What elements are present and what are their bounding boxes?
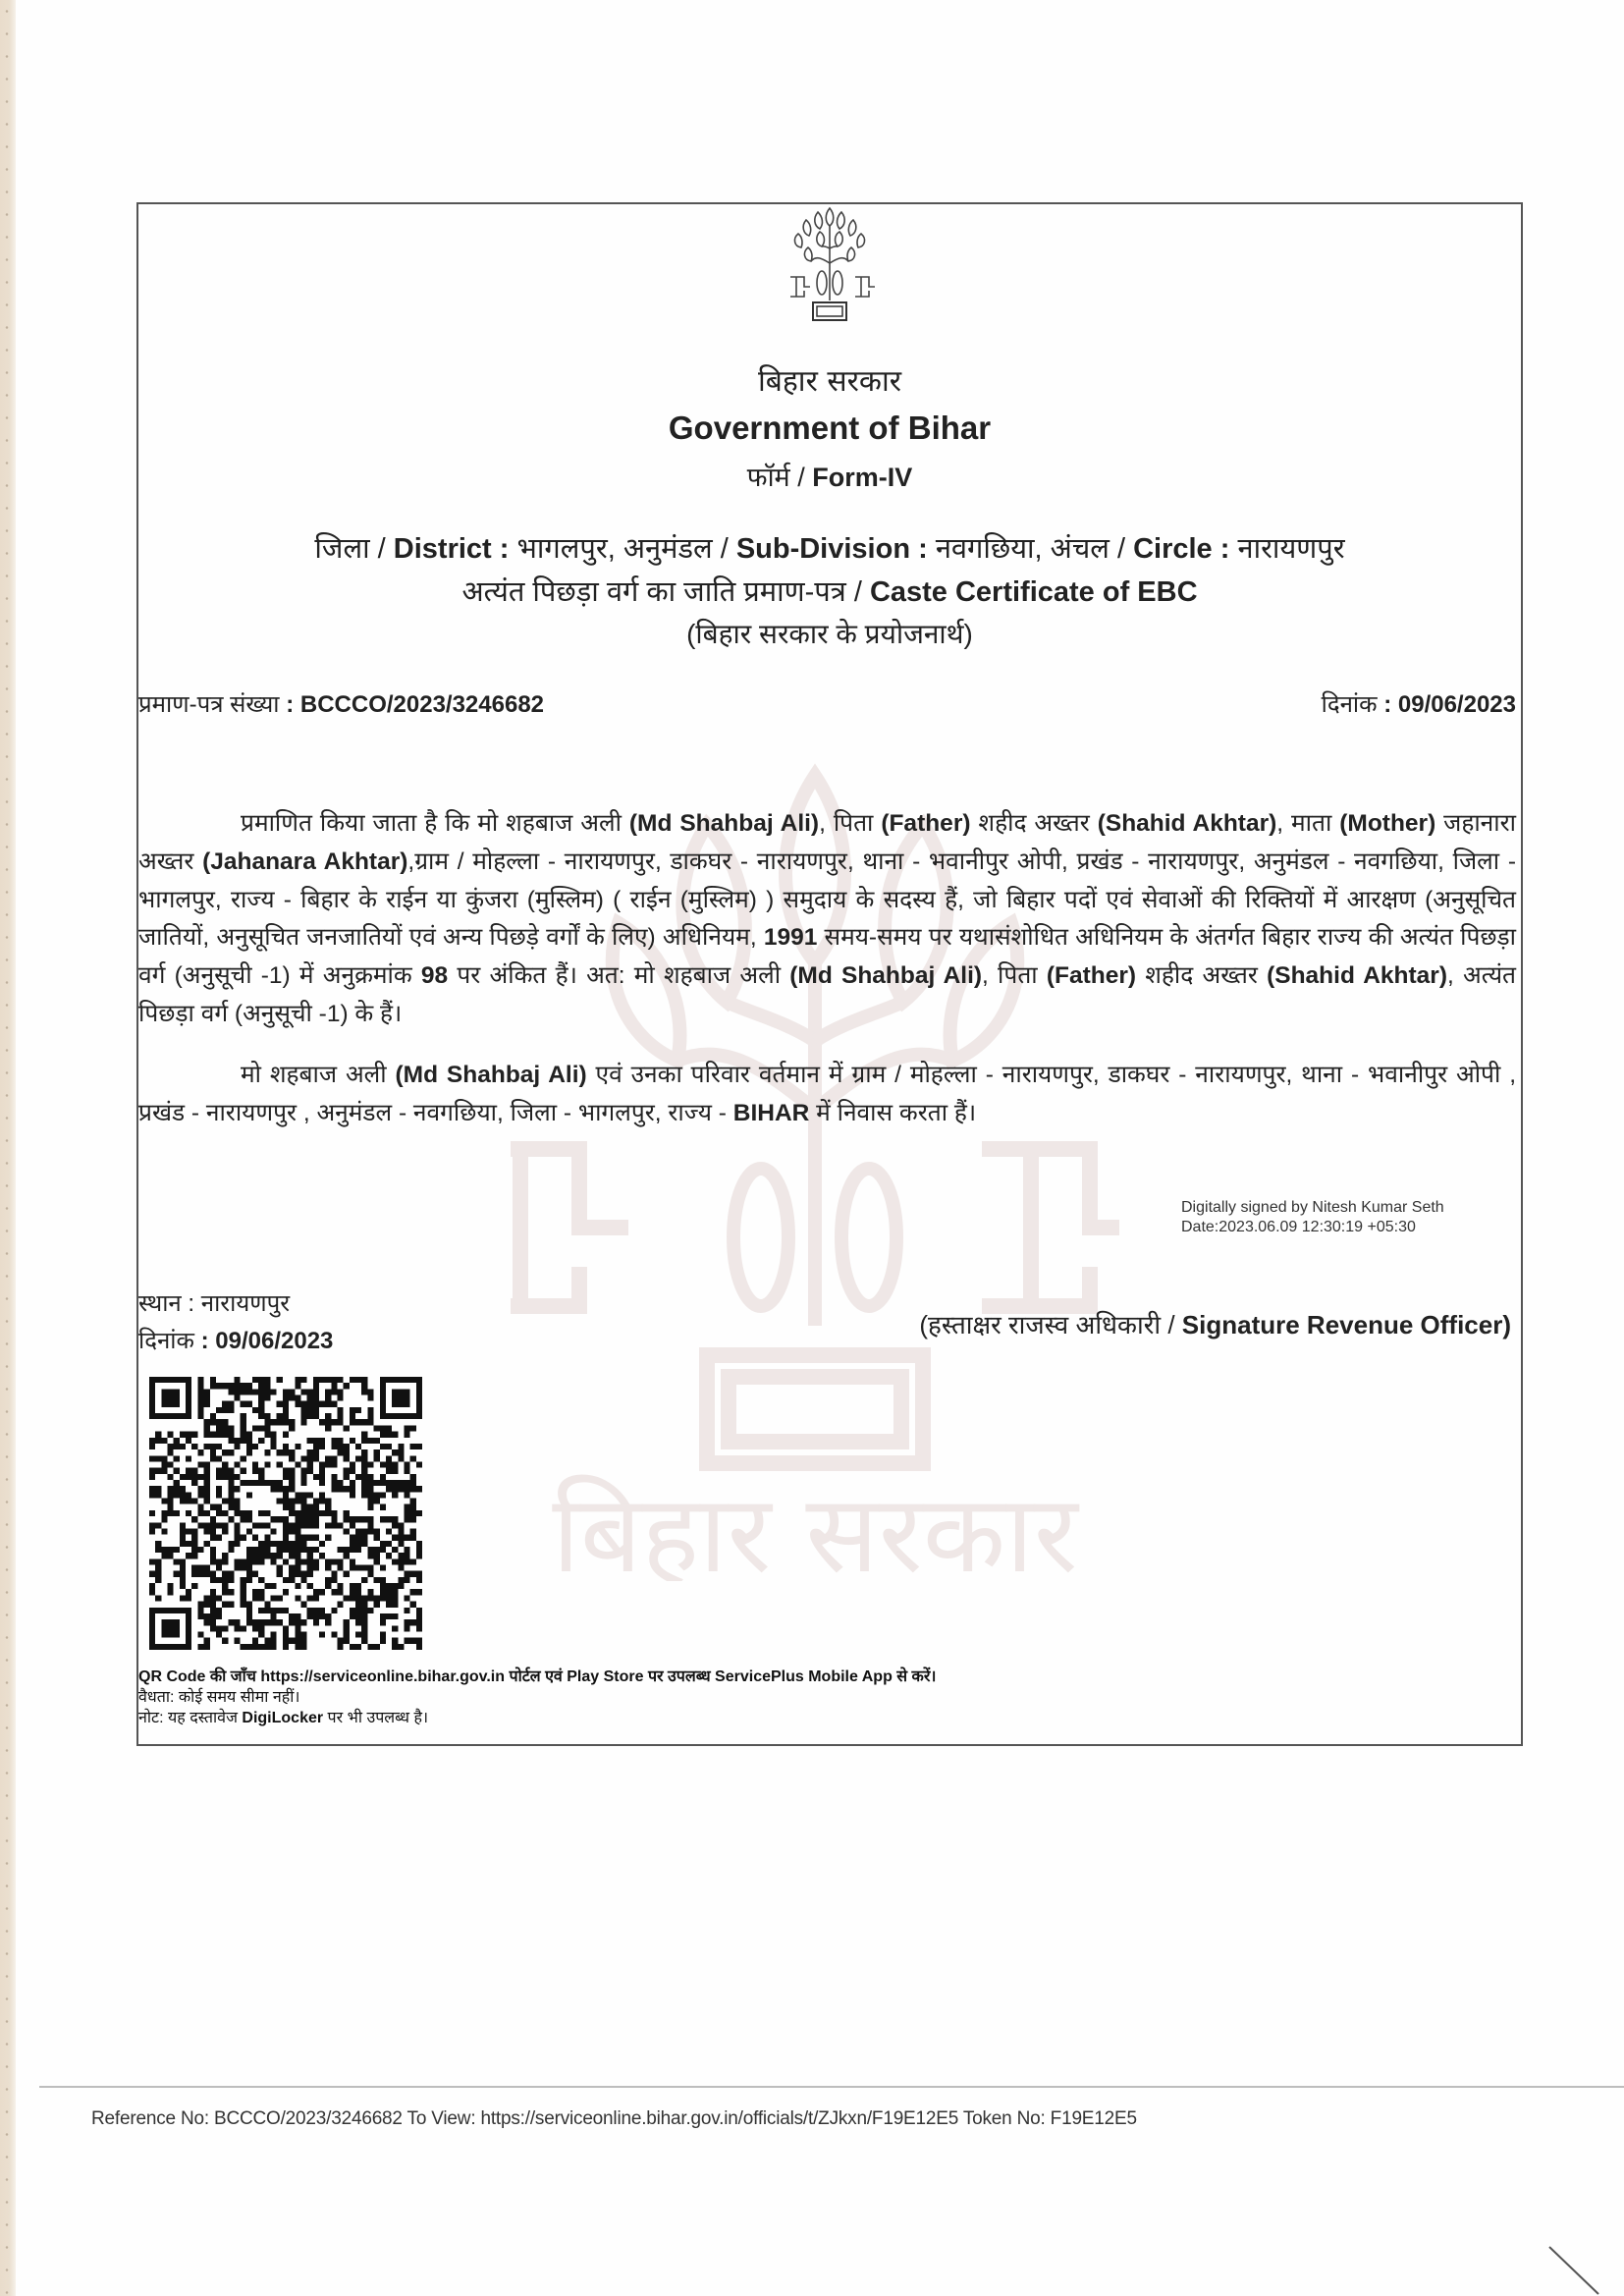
certification-paragraph: प्रमाणित किया जाता है कि मो शहबाज अली (M… — [138, 805, 1516, 1034]
circle-value: नारायणपुर — [1237, 533, 1344, 565]
certificate-title-english: Caste Certificate of EBC — [870, 576, 1198, 608]
certificate-date-value: 09/06/2023 — [1398, 691, 1516, 718]
place-value: नारायणपुर — [201, 1290, 290, 1317]
certificate-title-hindi: अत्यंत पिछड़ा वर्ग का जाति प्रमाण-पत्र — [461, 576, 845, 608]
place-line: स्थान : नारायणपुर — [138, 1286, 290, 1319]
certificate-date-label: दिनांक — [1322, 691, 1378, 718]
footer-reference: Reference No: BCCCO/2023/3246682 To View… — [91, 2108, 1137, 2130]
place-date-line: दिनांक : 09/06/2023 — [138, 1324, 333, 1356]
certificate-purpose: (बिहार सरकार के प्रयोजनार्थ) — [136, 615, 1523, 652]
applicant-name-english: (Md Shahbaj Ali) — [629, 810, 819, 837]
subdivision-label-hindi: अनुमंडल — [623, 533, 713, 565]
certificate-number: प्रमाण-पत्र संख्या : BCCCO/2023/3246682 — [138, 687, 544, 720]
certificate-title: अत्यंत पिछड़ा वर्ग का जाति प्रमाण-पत्र /… — [136, 572, 1523, 610]
digital-signature-block: Digitally signed by Nitesh Kumar Seth Da… — [1181, 1198, 1444, 1237]
form-label-english: Form-IV — [812, 463, 912, 492]
form-label-hindi: फॉर्म — [747, 463, 790, 492]
certificate-date: दिनांक : 09/06/2023 — [1322, 687, 1516, 720]
district-label-hindi: जिला — [314, 533, 369, 565]
circle-label: Circle — [1133, 533, 1213, 565]
form-number: फॉर्म / Form-IV — [136, 458, 1523, 494]
bihar-emblem-icon — [771, 204, 889, 327]
verification-notes: QR Code की जॉंच https://serviceonline.bi… — [138, 1667, 936, 1728]
certificate-number-label: प्रमाण-पत्र संख्या — [138, 691, 280, 718]
govt-title-english: Government of Bihar — [136, 410, 1523, 447]
circle-label-hindi: अंचल — [1051, 533, 1110, 565]
location-line: जिला / District : भागलपुर, अनुमंडल / Sub… — [136, 528, 1523, 567]
footer-divider — [39, 2086, 1624, 2088]
mother-name-english: (Jahanara Akhtar) — [202, 848, 407, 875]
digilocker-note: नोट: यह दस्तावेज DigiLocker पर भी उपलब्ध… — [138, 1708, 936, 1728]
digital-signature-date: Date:2023.06.09 12:30:19 +05:30 — [1181, 1218, 1444, 1237]
subdivision-label: Sub-Division — [736, 533, 910, 565]
district-label: District — [394, 533, 492, 565]
qr-verification-note: QR Code की जॉंच https://serviceonline.bi… — [138, 1667, 936, 1687]
scan-mark — [1530, 2237, 1608, 2296]
govt-title-hindi: बिहार सरकार — [136, 359, 1523, 400]
act-year: 1991 — [764, 924, 818, 951]
subdivision-value: नवगछिया — [936, 533, 1035, 565]
signature-label: (हस्ताक्षर राजस्व अधिकारी / Signature Re… — [919, 1306, 1511, 1341]
residence-paragraph: मो शहबाज अली (Md Shahbaj Ali) एवं उनका प… — [138, 1057, 1516, 1133]
place-date-value: 09/06/2023 — [215, 1328, 333, 1354]
district-value: भागलपुर — [517, 533, 608, 565]
serial-number: 98 — [421, 962, 448, 989]
father-name-english: (Shahid Akhtar) — [1098, 810, 1277, 837]
qr-code-icon[interactable] — [149, 1377, 422, 1650]
validity-note: वैधता: कोई समय सीमा नहीं। — [138, 1687, 936, 1708]
digital-signature-signer: Digitally signed by Nitesh Kumar Seth — [1181, 1198, 1444, 1218]
state-name: BIHAR — [733, 1100, 810, 1126]
certificate-number-value: BCCCO/2023/3246682 — [300, 691, 544, 718]
scanned-paper-edge — [0, 0, 16, 2296]
